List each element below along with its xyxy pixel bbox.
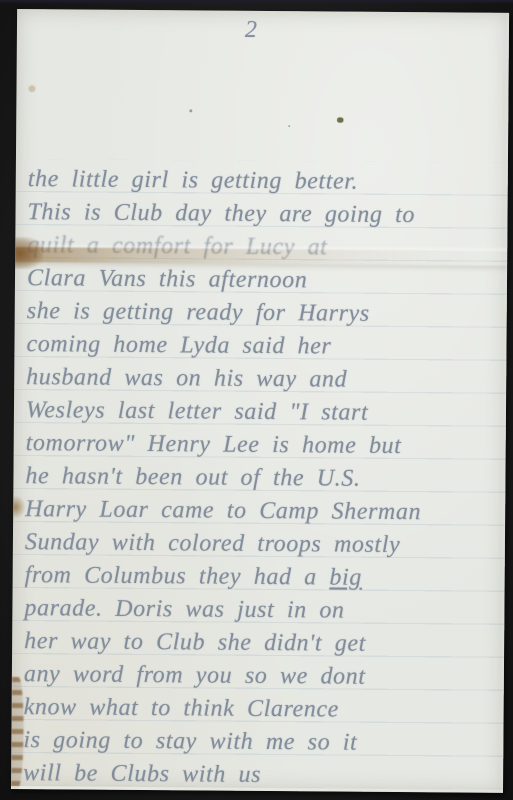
stain-dot: [28, 85, 35, 92]
handwritten-line: is going to stay with me so it: [23, 724, 493, 761]
stain-left-bottom: [11, 677, 24, 789]
stain-left-mid: [13, 496, 25, 518]
handwritten-line: her way to Club she didn't get: [24, 625, 494, 662]
handwritten-line: husband was on his way and: [26, 361, 496, 398]
handwritten-line: Harry Loar came to Camp Sherman: [25, 493, 495, 530]
underlined-word: big: [329, 564, 362, 590]
handwritten-line: any word from you so we dont: [24, 658, 494, 695]
handwritten-line: know what to think Clarence: [24, 691, 494, 728]
handwritten-line: This is Club day they are going to: [27, 196, 497, 233]
letter-paper: 2 the little girl is getting better.This…: [11, 9, 509, 793]
handwritten-line: the little girl is getting better.: [28, 163, 498, 200]
handwritten-line: coming home Lyda said her: [26, 328, 496, 365]
handwritten-line: from Columbus they had a big: [25, 559, 495, 596]
handwritten-line: tomorrow" Henry Lee is home but: [26, 427, 496, 464]
green-speck: [337, 118, 343, 123]
handwritten-line: Clara Vans this afternoon: [27, 262, 497, 299]
handwritten-line: Sunday with colored troops mostly: [25, 526, 495, 563]
handwritten-line: she is getting ready for Harrys: [27, 295, 497, 332]
photo-background: 2 the little girl is getting better.This…: [0, 0, 513, 800]
handwritten-line: parade. Doris was just in on: [24, 592, 494, 629]
speck-dot: [189, 109, 192, 112]
handwritten-line: Wesleys last letter said "I start: [26, 394, 496, 431]
page-number: 2: [245, 17, 257, 44]
handwritten-line: he hasn't been out of the U.S.: [25, 460, 495, 497]
speck-dot: [288, 125, 290, 127]
